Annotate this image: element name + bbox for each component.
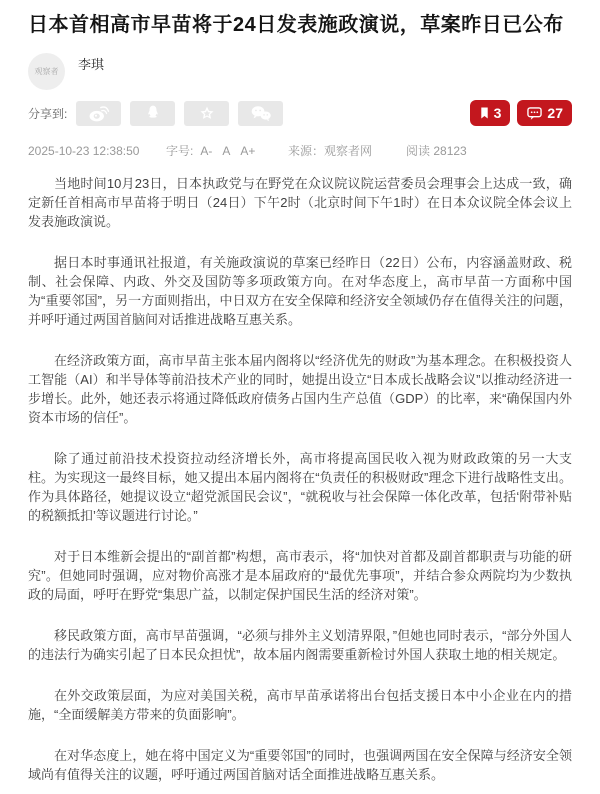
comments-badge[interactable]: 27 — [517, 100, 572, 126]
reads-label: 阅读 — [406, 144, 430, 158]
article-paragraph: 对于日本维新会提出的“副首都”构想，高市表示，将“加快对首都及副首都职责与功能的… — [28, 547, 572, 604]
font-size-controls: 字号: A- A A+ — [166, 142, 288, 159]
share-wechat-button[interactable] — [238, 101, 283, 126]
article-paragraph: 除了通过前沿技术投资拉动经济增长外，高市将提高国民收入视为财政政策的另一大支柱。… — [28, 449, 572, 525]
article-paragraph: 当地时间10月23日，日本执政党与在野党在众议院议院运营委员会理事会上达成一致，… — [28, 174, 572, 231]
avatar-logo-text: 观察者 — [35, 66, 59, 77]
favorites-count: 3 — [494, 105, 502, 121]
share-qzone-button[interactable] — [184, 101, 229, 126]
share-toolbar: 分享到: — [28, 100, 572, 126]
weibo-icon — [88, 104, 110, 122]
author-row: 观察者 李琪 — [28, 53, 572, 90]
favorites-badge[interactable]: 3 — [470, 100, 511, 126]
font-decrease-button[interactable]: A- — [200, 144, 212, 158]
article-paragraph: 在外交政策层面，为应对美国关税，高市早苗承诺将出台包括支援日本中小企业在内的措施… — [28, 686, 572, 724]
author-avatar[interactable]: 观察者 — [28, 53, 65, 90]
comments-count: 27 — [547, 105, 563, 121]
article-paragraph: 据日本时事通讯社报道，有关施政演说的草案已经昨日（22日）公布，内容涵盖财政、税… — [28, 253, 572, 329]
font-increase-button[interactable]: A+ — [240, 144, 255, 158]
author-name[interactable]: 李琪 — [78, 54, 104, 73]
article-paragraph: 在经济政策方面，高市早苗主张本届内阁将以“经济优先的财政”为基本理念。在积极投资… — [28, 351, 572, 427]
share-qq-button[interactable] — [130, 101, 175, 126]
share-label: 分享到: — [28, 105, 67, 122]
share-weibo-button[interactable] — [76, 101, 121, 126]
article-body: 当地时间10月23日，日本执政党与在野党在众议院议院运营委员会理事会上达成一致，… — [28, 174, 572, 784]
qzone-star-icon — [198, 104, 216, 122]
comment-icon — [526, 106, 547, 121]
source-group: 来源：观察者网 — [288, 142, 406, 159]
bookmark-icon — [479, 106, 494, 120]
article-paragraph: 移民政策方面，高市早苗强调，“必须与排外主义划清界限，”但她也同时表示，“部分外… — [28, 626, 572, 664]
source-label: 来源： — [288, 144, 324, 158]
article-page: 日本首相高市早苗将于24日发表施政演说，草案昨日已公布 观察者 李琪 分享到: — [0, 0, 600, 794]
font-normal-button[interactable]: A — [222, 144, 230, 158]
wechat-icon — [250, 104, 272, 122]
font-size-label: 字号: — [166, 142, 193, 159]
article-meta-row: 2025-10-23 12:38:50 字号: A- A A+ 来源：观察者网 … — [28, 142, 572, 159]
article-paragraph: 在对华态度上，她在将中国定义为“重要邻国”的同时，也强调两国在安全保障与经济安全… — [28, 746, 572, 784]
reads-count: 28123 — [433, 144, 466, 158]
qq-icon — [145, 104, 161, 122]
article-title: 日本首相高市早苗将于24日发表施政演说，草案昨日已公布 — [28, 12, 572, 39]
read-count-group: 阅读 28123 — [406, 142, 467, 159]
source-link[interactable]: 观察者网 — [324, 144, 372, 158]
publish-datetime: 2025-10-23 12:38:50 — [28, 144, 166, 158]
